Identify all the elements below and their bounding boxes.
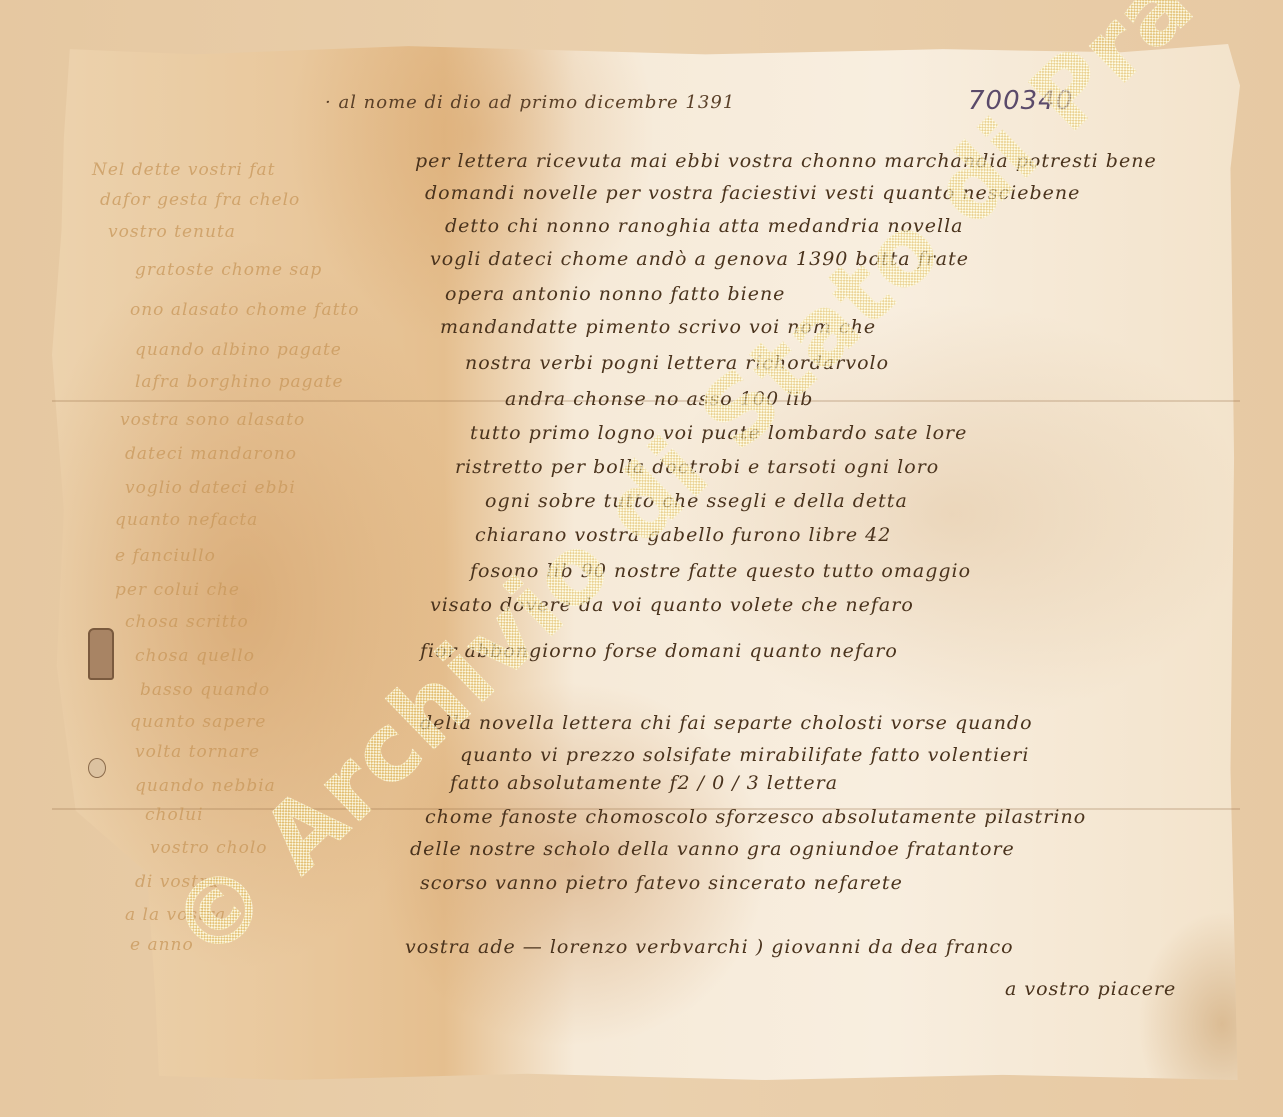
signature: a vostro piacere — [1005, 978, 1176, 1000]
letter-line: della novella lettera chi fai separte ch… — [420, 712, 1033, 734]
bleedthrough-line: vostro tenuta — [108, 222, 236, 242]
bleedthrough-line: dafor gesta fra chelo — [100, 190, 300, 210]
bleedthrough-line: quando albino pagate — [135, 340, 342, 360]
letter-line: fatto absolutamente f2 / 0 / 3 lettera — [450, 772, 838, 794]
letter-line: quanto vi prezzo solsifate mirabilifate … — [460, 744, 1029, 766]
bleedthrough-line: per colui che — [115, 580, 240, 600]
bleedthrough-line: Nel dette vostri fat — [92, 160, 275, 180]
bleedthrough-line: cholui — [145, 805, 204, 825]
bleedthrough-line: quanto sapere — [130, 712, 266, 732]
paper-tear — [88, 628, 114, 680]
letter-line: scorso vanno pietro fatevo sincerato nef… — [420, 872, 903, 894]
letter-line: chome fanoste chomoscolo sforzesco absol… — [425, 806, 1086, 828]
letter-line: delle nostre scholo della vanno gra ogni… — [410, 838, 1015, 860]
closing-line: vostra ade — lorenzo verbvarchi ) giovan… — [405, 936, 1014, 958]
bleedthrough-line: volta tornare — [135, 742, 260, 762]
paper-hole — [88, 758, 106, 778]
bleedthrough-line: voglio dateci ebbi — [125, 478, 296, 498]
bleedthrough-line: quando nebbia — [135, 776, 276, 796]
bleedthrough-line: e fanciullo — [115, 546, 216, 566]
bleedthrough-line: chosa scritto — [125, 612, 249, 632]
bleedthrough-line: quanto nefacta — [115, 510, 258, 530]
bleedthrough-line: dateci mandarono — [125, 444, 297, 464]
letter-line: opera antonio nonno fatto biene — [445, 283, 785, 305]
bleedthrough-line: gratoste chome sap — [135, 260, 322, 280]
date-line: · al nome di dio ad primo dicembre 1391 — [325, 92, 735, 113]
bleedthrough-line: ono alasato chome fatto — [130, 300, 359, 320]
bleedthrough-line: vostra sono alasato — [120, 410, 305, 430]
bleedthrough-line: lafra borghino pagate — [135, 372, 344, 392]
bleedthrough-line: chosa quello — [135, 646, 255, 666]
bleedthrough-line: basso quando — [140, 680, 270, 700]
